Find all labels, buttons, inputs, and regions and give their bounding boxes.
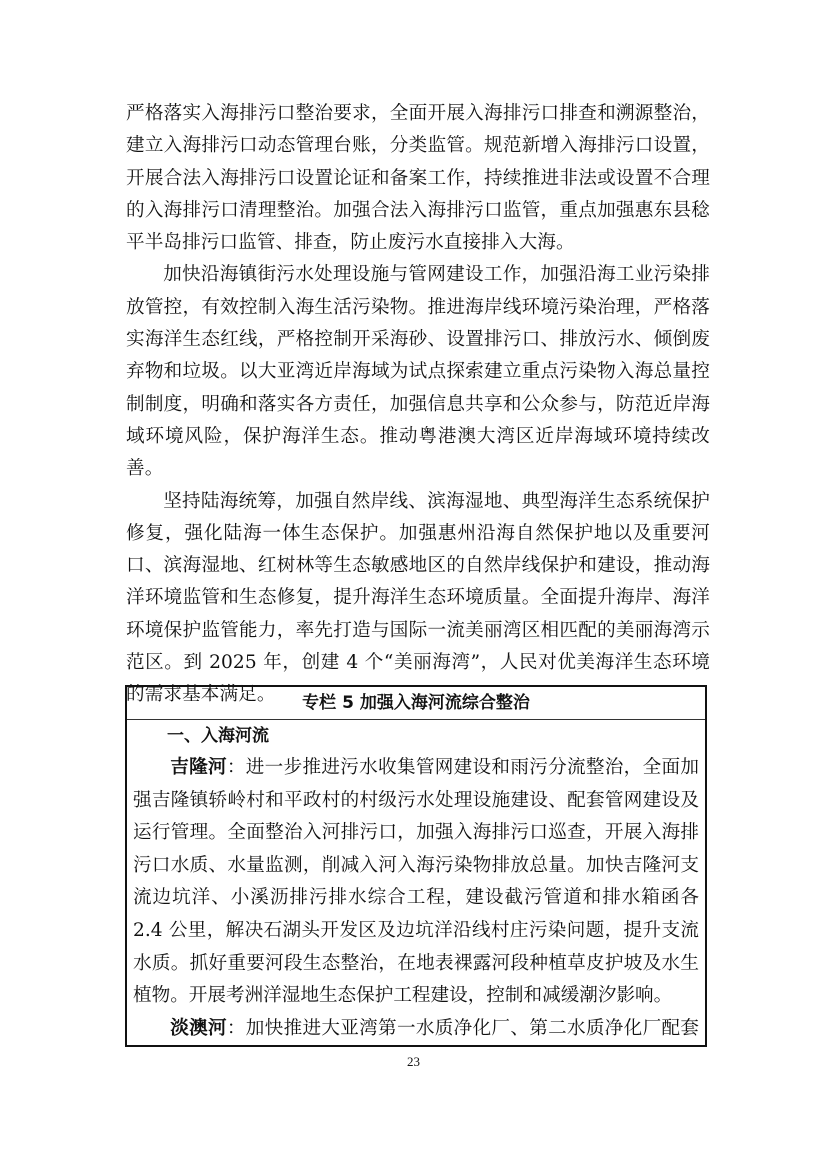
river-name: 淡澳河: [170, 1018, 227, 1039]
paragraph-outfall-regulation: 严格落实入海排污口整治要求，全面开展入海排污口排查和溯源整治，建立入海排污口动态…: [126, 98, 710, 259]
document-page: 严格落实入海排污口整治要求，全面开展入海排污口排查和溯源整治，建立入海排污口动态…: [0, 0, 827, 1170]
page-number: 23: [0, 1054, 827, 1070]
river-name: 吉隆河: [170, 757, 227, 778]
river-separator: ：: [227, 1018, 246, 1039]
special-column-box: 专栏 5 加强入海河流综合整治 一、入海河流 吉隆河：进一步推进污水收集管网建设…: [125, 685, 707, 1047]
paragraph-land-sea-coordination: 坚持陆海统筹，加强自然岸线、滨海湿地、典型海洋生态系统保护修复，强化陆海一体生态…: [126, 486, 710, 712]
river-item-jilong: 吉隆河：进一步推进污水收集管网建设和雨污分流整治，全面加强吉隆镇轿岭村和平政村的…: [133, 752, 699, 1013]
river-item-danao: 淡澳河：加快推进大亚湾第一水质净化厂、第二水质净化厂配套管网建: [133, 1013, 699, 1047]
body-text: 严格落实入海排污口整治要求，全面开展入海排污口排查和溯源整治，建立入海排污口动态…: [126, 98, 710, 712]
river-separator: ：: [227, 757, 246, 778]
section-heading: 一、入海河流: [133, 720, 699, 752]
box-title: 专栏 5 加强入海河流综合整治: [127, 687, 705, 720]
paragraph-coastal-sewage: 加快沿海镇街污水处理设施与管网建设工作，加强沿海工业污染排放管控，有效控制入海生…: [126, 259, 710, 485]
box-content: 一、入海河流 吉隆河：进一步推进污水收集管网建设和雨污分流整治，全面加强吉隆镇轿…: [127, 720, 705, 1047]
river-description: 进一步推进污水收集管网建设和雨污分流整治，全面加强吉隆镇轿岭村和平政村的村级污水…: [133, 757, 699, 1006]
